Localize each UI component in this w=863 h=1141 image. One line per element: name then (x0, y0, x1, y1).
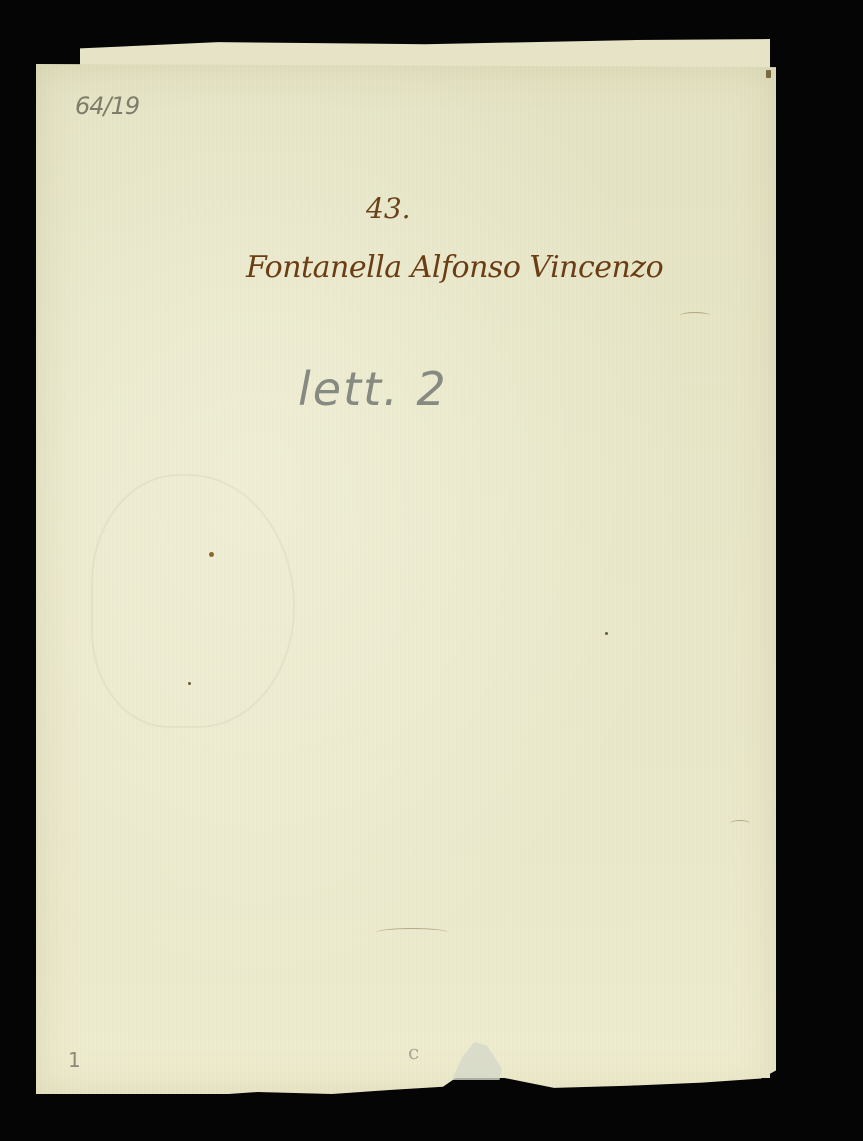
bottom-mark: c (408, 1040, 419, 1064)
paper-speck (209, 552, 214, 557)
paper-speck (188, 682, 191, 685)
paper-speck (605, 632, 608, 635)
item-number: 43. (366, 192, 411, 225)
letters-annotation: lett. 2 (298, 362, 448, 416)
folio-number: 1 (68, 1048, 81, 1072)
paper-fiber (680, 312, 710, 319)
person-name: Fontanella Alfonso Vincenzo (246, 250, 663, 285)
reference-number: 64/19 (75, 92, 139, 120)
paper-speck (766, 70, 771, 78)
watermark (91, 474, 295, 728)
paper-fiber (730, 820, 750, 827)
paper-fiber (376, 928, 448, 937)
